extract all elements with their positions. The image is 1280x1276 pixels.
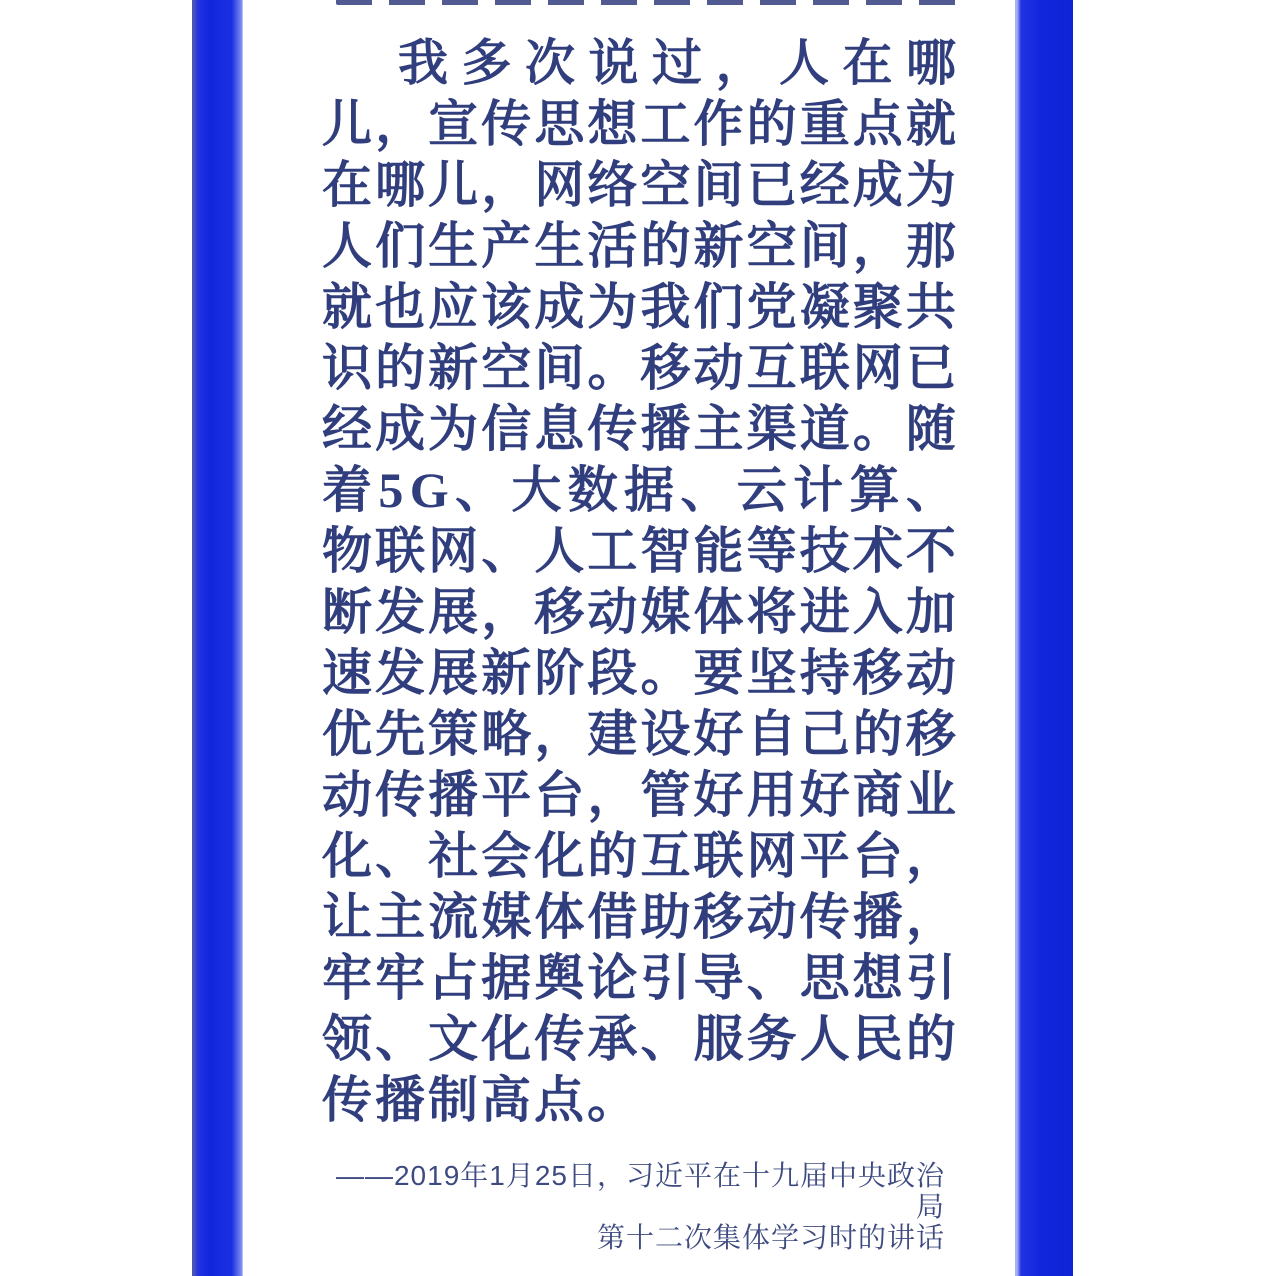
quote-char: 能	[694, 522, 744, 583]
quote-char: 那	[906, 217, 956, 278]
quote-char: 技	[800, 522, 850, 583]
quote-char: 牢	[375, 949, 425, 1010]
quote-char: 展	[428, 583, 478, 644]
quote-char: 动	[906, 644, 956, 705]
quote-char: 。	[587, 1071, 640, 1132]
quote-char: ，	[375, 95, 425, 156]
quote-char: 传	[587, 400, 637, 461]
quote-char: 的	[375, 339, 425, 400]
quote-char: 网	[534, 156, 584, 217]
quote-char: 领	[322, 1010, 372, 1071]
quote-char: 略	[481, 705, 531, 766]
quote-card: 我多次说过，人在哪儿，宣传思想工作的重点就在哪儿，网络空间已经成为人们生产生活的…	[0, 0, 1280, 1276]
quote-char: 策	[428, 705, 478, 766]
quote-char: 为	[906, 156, 956, 217]
quote-char: 在	[843, 34, 893, 95]
quote-char: 过	[652, 34, 702, 95]
quote-char: 社	[428, 827, 478, 888]
quote-char: 设	[640, 705, 690, 766]
quote-text: 我多次说过，人在哪儿，宣传思想工作的重点就在哪儿，网络空间已经成为人们生产生活的…	[322, 34, 956, 1132]
quote-char: 播	[640, 400, 690, 461]
quote-char: 速	[322, 644, 372, 705]
quote-char: 承	[587, 1010, 637, 1071]
quote-char: 凝	[800, 278, 850, 339]
quote-char: 、	[680, 461, 730, 522]
quote-char: 成	[534, 278, 584, 339]
quote-char: 就	[322, 278, 372, 339]
clipped-text-fragments-top	[336, 0, 958, 5]
quote-char: 移	[853, 644, 903, 705]
quote-char: 会	[481, 827, 531, 888]
quote-char: 商	[853, 766, 903, 827]
quote-char: 化	[534, 827, 584, 888]
quote-char: 为	[428, 400, 478, 461]
quote-char: 先	[375, 705, 425, 766]
quote-char: 不	[906, 522, 956, 583]
quote-char: 台	[853, 827, 903, 888]
quote-line: 人们生产生活的新空间，那	[322, 217, 956, 278]
quote-char: 重	[800, 95, 850, 156]
quote-char: 产	[481, 217, 531, 278]
quote-char: 己	[800, 705, 850, 766]
quote-char: 术	[853, 522, 903, 583]
quote-char: 牢	[322, 949, 372, 1010]
quote-char: 助	[640, 888, 690, 949]
quote-char: 就	[906, 95, 956, 156]
quote-char: 让	[322, 888, 372, 949]
quote-char: 网	[747, 827, 797, 888]
quote-char: 新	[428, 339, 478, 400]
quote-char: 持	[800, 644, 850, 705]
quote-char: 播	[428, 766, 478, 827]
quote-char: 数	[568, 461, 618, 522]
quote-char: 人	[534, 522, 584, 583]
quote-char: 儿	[322, 95, 372, 156]
quote-line: 化、社会化的互联网平台，	[322, 827, 956, 888]
quote-line: 断发展，移动媒体将进入加	[322, 583, 956, 644]
quote-char: 动	[747, 888, 797, 949]
quote-line: 动传播平台，管好用好商业	[322, 766, 956, 827]
quote-char: 宣	[428, 95, 478, 156]
quote-line: 就也应该成为我们党凝聚共	[322, 278, 956, 339]
quote-char: 应	[428, 278, 478, 339]
quote-char: 体	[534, 888, 584, 949]
quote-char: 新	[481, 644, 531, 705]
quote-char: ，	[534, 705, 584, 766]
quote-char: 传	[534, 1010, 584, 1071]
quote-char: 已	[906, 339, 956, 400]
quote-char: 道	[800, 400, 850, 461]
quote-char: 传	[375, 766, 425, 827]
quote-char: ，	[481, 156, 531, 217]
quote-char: 要	[694, 644, 744, 705]
quote-char: 体	[694, 583, 744, 644]
quote-char: 管	[640, 766, 690, 827]
quote-char: 该	[481, 278, 531, 339]
quote-char: ，	[481, 583, 531, 644]
quote-char: 移	[640, 339, 690, 400]
quote-char: 、	[906, 461, 956, 522]
quote-char: 也	[375, 278, 425, 339]
quote-char: 点	[534, 1071, 587, 1132]
quote-char: 台	[534, 766, 584, 827]
quote-line: 传播制高点。	[322, 1071, 956, 1132]
quote-char: 网	[428, 522, 478, 583]
quote-char: 作	[694, 95, 744, 156]
quote-char: 加	[906, 583, 956, 644]
quote-char: 发	[375, 583, 425, 644]
quote-char: 用	[747, 766, 797, 827]
left-border-bar	[192, 0, 243, 1276]
quote-char: 服	[694, 1010, 744, 1071]
attribution-line-1: ——2019年1月25日，习近平在十九届中央政治局	[322, 1160, 945, 1222]
quote-char: 的	[640, 217, 690, 278]
quote-char: 人	[322, 217, 372, 278]
quote-char: 党	[747, 278, 797, 339]
quote-char: 传	[322, 1071, 375, 1132]
quote-char: 传	[800, 888, 850, 949]
quote-char: 思	[800, 949, 850, 1010]
quote-char: 互	[640, 827, 690, 888]
quote-char: ，	[906, 888, 956, 949]
quote-char: 算	[850, 461, 900, 522]
quote-char: 化	[322, 827, 372, 888]
quote-char: ，	[587, 766, 637, 827]
quote-char: 传	[481, 95, 531, 156]
quote-char: 息	[534, 400, 584, 461]
quote-char: 经	[800, 156, 850, 217]
quote-char: 动	[694, 339, 744, 400]
quote-char: 、	[481, 522, 531, 583]
quote-char: 儿	[428, 156, 478, 217]
quote-line: 儿，宣传思想工作的重点就	[322, 95, 956, 156]
quote-char: 导	[694, 949, 744, 1010]
quote-char: 阶	[534, 644, 584, 705]
quote-char: 成	[375, 400, 425, 461]
quote-char: 生	[534, 217, 584, 278]
quote-char: 着	[322, 461, 372, 522]
quote-char: 、	[640, 1010, 690, 1071]
quote-char: 间	[800, 217, 850, 278]
quote-char: 大	[511, 461, 561, 522]
attribution-line-2: 第十二次集体学习时的讲话	[322, 1222, 945, 1253]
quote-char: 想	[853, 949, 903, 1010]
quote-char: 的	[747, 95, 797, 156]
quote-line: 牢牢占据舆论引导、思想引	[322, 949, 956, 1010]
quote-char: 5	[378, 461, 403, 522]
quote-char: 进	[800, 583, 850, 644]
quote-char: 发	[375, 644, 425, 705]
quote-line: 我多次说过，人在哪	[322, 34, 956, 95]
quote-char: 主	[694, 400, 744, 461]
quote-char: 好	[694, 766, 744, 827]
quote-line: 领、文化传承、服务人民的	[322, 1010, 956, 1071]
quote-char: 渠	[747, 400, 797, 461]
quote-char: 的	[587, 827, 637, 888]
quote-char: 智	[640, 522, 690, 583]
quote-char: 新	[694, 217, 744, 278]
quote-char: 自	[747, 705, 797, 766]
quote-char: 引	[640, 949, 690, 1010]
quote-char: 间	[694, 156, 744, 217]
quote-char: 。	[853, 400, 903, 461]
quote-char: 动	[587, 583, 637, 644]
quote-char: 空	[481, 339, 531, 400]
quote-char: 、	[747, 949, 797, 1010]
quote-char: 联	[375, 522, 425, 583]
quote-char: 等	[747, 522, 797, 583]
quote-char: 主	[375, 888, 425, 949]
quote-line: 着5G、大数据、云计算、	[322, 461, 956, 522]
quote-char: 民	[853, 1010, 903, 1071]
quote-char: 想	[587, 95, 637, 156]
quote-char: 我	[398, 34, 448, 95]
quote-char: 好	[800, 766, 850, 827]
quote-char: 。	[640, 644, 690, 705]
quote-char: 引	[906, 949, 956, 1010]
quote-char: 高	[481, 1071, 534, 1132]
quote-line: 经成为信息传播主渠道。随	[322, 400, 956, 461]
quote-char: 流	[428, 888, 478, 949]
quote-char: 据	[481, 949, 531, 1010]
quote-char: 人	[779, 34, 829, 95]
quote-char: 聚	[853, 278, 903, 339]
quote-char: ，	[716, 34, 766, 95]
quote-char: 将	[747, 583, 797, 644]
quote-char: 动	[322, 766, 372, 827]
quote-char: 信	[481, 400, 531, 461]
quote-char: 业	[906, 766, 956, 827]
attribution: ——2019年1月25日，习近平在十九届中央政治局 第十二次集体学习时的讲话	[322, 1160, 945, 1253]
quote-char: 哪	[375, 156, 425, 217]
quote-char: 移	[534, 583, 584, 644]
quote-char: 多	[462, 34, 512, 95]
quote-line: 优先策略，建设好自己的移	[322, 705, 956, 766]
quote-char: 据	[624, 461, 674, 522]
quote-char: 、	[375, 827, 425, 888]
quote-char: 物	[322, 522, 372, 583]
quote-char: 建	[587, 705, 637, 766]
quote-char: 思	[534, 95, 584, 156]
quote-char: 化	[481, 1010, 531, 1071]
quote-char: 的	[906, 1010, 956, 1071]
quote-char: 工	[640, 95, 690, 156]
quote-char: 共	[906, 278, 956, 339]
quote-char: 播	[853, 888, 903, 949]
quote-char: 媒	[481, 888, 531, 949]
quote-char: 好	[694, 705, 744, 766]
quote-char: 已	[747, 156, 797, 217]
quote-char: ，	[853, 217, 903, 278]
quote-char: 次	[525, 34, 575, 95]
quote-char: 舆	[534, 949, 584, 1010]
quote-char: 文	[428, 1010, 478, 1071]
quote-char: 务	[747, 1010, 797, 1071]
quote-char: 生	[428, 217, 478, 278]
quote-char: 段	[587, 644, 637, 705]
quote-char: 占	[428, 949, 478, 1010]
quote-char: 、	[455, 461, 505, 522]
quote-char: 制	[428, 1071, 481, 1132]
right-border-bar	[1015, 0, 1073, 1276]
quote-char: 计	[793, 461, 843, 522]
quote-char: ，	[906, 827, 956, 888]
quote-char: 论	[587, 949, 637, 1010]
quote-char: 联	[800, 339, 850, 400]
quote-char: 断	[322, 583, 372, 644]
quote-char: 在	[322, 156, 372, 217]
quote-char: 为	[587, 278, 637, 339]
quote-char: 移	[694, 888, 744, 949]
quote-char: 空	[640, 156, 690, 217]
quote-char: 展	[428, 644, 478, 705]
quote-char: 成	[853, 156, 903, 217]
quote-char: 点	[853, 95, 903, 156]
quote-char: 、	[375, 1010, 425, 1071]
quote-char: 平	[800, 827, 850, 888]
quote-char: 入	[853, 583, 903, 644]
quote-char: 媒	[640, 583, 690, 644]
quote-char: 工	[587, 522, 637, 583]
quote-char: 我	[640, 278, 690, 339]
quote-char: 随	[906, 400, 956, 461]
quote-char: G	[410, 461, 449, 522]
quote-char: 坚	[747, 644, 797, 705]
quote-char: 互	[747, 339, 797, 400]
quote-line: 物联网、人工智能等技术不	[322, 522, 956, 583]
quote-char: 活	[587, 217, 637, 278]
quote-char: 。	[587, 339, 637, 400]
quote-char: 间	[534, 339, 584, 400]
quote-char: 说	[589, 34, 639, 95]
quote-char: 联	[694, 827, 744, 888]
quote-char: 移	[906, 705, 956, 766]
quote-char: 络	[587, 156, 637, 217]
quote-line: 在哪儿，网络空间已经成为	[322, 156, 956, 217]
quote-char: 空	[747, 217, 797, 278]
quote-char: 云	[737, 461, 787, 522]
quote-line: 速发展新阶段。要坚持移动	[322, 644, 956, 705]
quote-char: 借	[587, 888, 637, 949]
quote-char: 的	[853, 705, 903, 766]
quote-char: 经	[322, 400, 372, 461]
quote-char: 网	[853, 339, 903, 400]
quote-char: 平	[481, 766, 531, 827]
quote-char: 识	[322, 339, 372, 400]
quote-char: 播	[375, 1071, 428, 1132]
quote-char: 们	[375, 217, 425, 278]
quote-char: 优	[322, 705, 372, 766]
quote-char: 人	[800, 1010, 850, 1071]
quote-char: 们	[694, 278, 744, 339]
quote-line: 识的新空间。移动互联网已	[322, 339, 956, 400]
quote-line: 让主流媒体借助移动传播，	[322, 888, 956, 949]
quote-char: 哪	[906, 34, 956, 95]
